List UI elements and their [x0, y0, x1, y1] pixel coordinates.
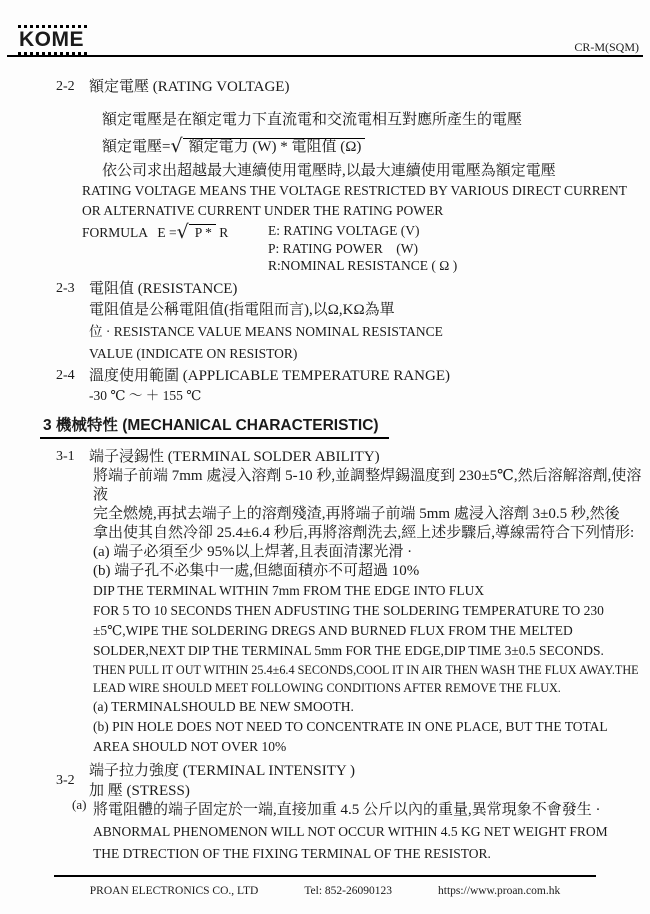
section-title-line: 加 壓 (STRESS) — [89, 781, 355, 801]
paragraph: THE DTRECTION OF THE FIXING TERMINAL OF … — [93, 844, 650, 864]
paragraph: 將電阻體的端子固定於一端,直接加重 4.5 公斤以內的重量,異常現象不會發生 · — [93, 801, 650, 820]
paragraph: (a) TERMINALSHOULD BE NEW SMOOTH. — [93, 697, 650, 717]
section-title: 端子拉力強度 (TERMINAL INTENSITY ) 加 壓 (STRESS… — [89, 761, 355, 801]
sqrt-radical-icon: √ — [177, 221, 189, 243]
footer-company: PROAN ELECTRONICS CO., LTD — [90, 884, 259, 898]
kome-logo: KOME — [18, 25, 87, 55]
formula-e-sqrt-pr: FORMULA E =√P * R — [82, 222, 268, 275]
paragraph: 拿出使其自然冷卻 25.4±6.4 秒后,再將溶劑洗去,經上述步驟后,導線需符合… — [93, 524, 650, 543]
paragraph: ±5℃,WIPE THE SOLDERING DREGS AND BURNED … — [93, 621, 650, 641]
paragraph: SOLDER,NEXT DIP THE TERMINAL 5mm FOR THE… — [93, 641, 650, 661]
footer-divider — [54, 875, 596, 877]
legend-line: P: RATING POWER (W) — [268, 240, 457, 258]
formula-suffix: R — [216, 225, 228, 240]
formula-radicand: P * — [189, 224, 216, 240]
section-3-heading-wrap: 3 機械特性 (MECHANICAL CHARACTERISTIC) — [40, 416, 650, 439]
section-title: 端子浸錫性 (TERMINAL SOLDER ABILITY) — [89, 447, 380, 467]
sqrt-radical-icon: √ — [170, 135, 182, 157]
paragraph: ABNORMAL PHENOMENON WILL NOT OCCUR WITHI… — [93, 822, 650, 842]
section-title: 額定電壓 (RATING VOLTAGE) — [89, 77, 289, 97]
section-title-line: 端子拉力強度 (TERMINAL INTENSITY ) — [89, 761, 355, 781]
formula-radicand: 額定電力 (W) * 電阻值 (Ω) — [183, 138, 366, 155]
paragraph: FOR 5 TO 10 SECONDS THEN ADFUSTING THE S… — [93, 601, 650, 621]
section-title: 溫度使用範圍 (APPLICABLE TEMPERATURE RANGE) — [89, 366, 450, 386]
formula-prefix: 額定電壓= — [102, 139, 170, 155]
paragraph: LEAD WIRE SHOULD MEET FOLLOWING CONDITIO… — [93, 679, 650, 697]
paragraph: (b) PIN HOLE DOES NOT NEED TO CONCENTRAT… — [93, 717, 650, 737]
formula-row: FORMULA E =√P * R E: RATING VOLTAGE (V) … — [82, 222, 650, 275]
footer-telephone: Tel: 852-26090123 — [304, 884, 392, 898]
doc-code-label: CR-M(SQM) — [574, 40, 639, 55]
section-title: 電阻值 (RESISTANCE) — [89, 279, 237, 299]
list-marker-a: (a) — [72, 797, 86, 813]
paragraph: 額定電壓是在額定電力下直流電和交流電相互對應所產生的電壓 — [102, 111, 650, 130]
section-number: 2-3 — [56, 279, 89, 299]
legend-line: R:NOMINAL RESISTANCE ( Ω ) — [268, 257, 457, 275]
section-2-2: 2-2 額定電壓 (RATING VOLTAGE) 額定電壓是在額定電力下直流電… — [0, 77, 650, 275]
section-2-3-heading: 2-3 電阻值 (RESISTANCE) — [0, 279, 650, 299]
paragraph: VALUE (INDICATE ON RESISTOR) — [89, 344, 650, 364]
section-number: 3-1 — [56, 447, 89, 467]
section-2-4: 2-4 溫度使用範圍 (APPLICABLE TEMPERATURE RANGE… — [0, 366, 650, 406]
page-header: KOME CR-M(SQM) — [7, 0, 643, 57]
paragraph: THEN PULL IT OUT WITHIN 25.4±6.4 SECONDS… — [93, 661, 650, 679]
paragraph: 電阻值是公稱電阻值(指電阻而言),以Ω,KΩ為單 — [89, 301, 650, 320]
section-2-3: 2-3 電阻值 (RESISTANCE) 電阻值是公稱電阻值(指電阻而言),以Ω… — [0, 279, 650, 364]
paragraph: 依公司求出超越最大連續使用電壓時,以最大連續使用電壓為額定電壓 — [102, 162, 650, 181]
paragraph: DIP THE TERMINAL WITHIN 7mm FROM THE EDG… — [93, 581, 650, 601]
paragraph: 完全燃燒,再拭去端子上的溶劑殘渣,再將端子前端 5mm 處浸入溶劑 3±0.5 … — [93, 505, 650, 524]
document-page: KOME CR-M(SQM) 2-2 額定電壓 (RATING VOLTAGE)… — [0, 0, 650, 914]
section-3-1-heading: 3-1 端子浸錫性 (TERMINAL SOLDER ABILITY) — [0, 447, 650, 467]
paragraph: RATING VOLTAGE MEANS THE VOLTAGE RESTRIC… — [82, 181, 650, 201]
paragraph: AREA SHOULD NOT OVER 10% — [93, 737, 650, 757]
page-footer: PROAN ELECTRONICS CO., LTD Tel: 852-2609… — [0, 875, 650, 898]
section-number: 3-2 — [56, 771, 89, 791]
paragraph: 位 · RESISTANCE VALUE MEANS NOMINAL RESIS… — [89, 322, 650, 342]
paragraph: OR ALTERNATIVE CURRENT UNDER THE RATING … — [82, 201, 650, 221]
rating-voltage-formula: 額定電壓=√額定電力 (W) * 電阻值 (Ω) — [102, 133, 650, 160]
formula-label: FORMULA E = — [82, 225, 177, 240]
section-number: 2-2 — [56, 77, 89, 97]
legend-line: E: RATING VOLTAGE (V) — [268, 222, 457, 240]
paragraph: (b) 端子孔不必集中一處,但總面積亦不可超過 10% — [93, 562, 650, 581]
section-3-2-heading: 3-2 端子拉力強度 (TERMINAL INTENSITY ) 加 壓 (ST… — [0, 761, 650, 801]
section-3-heading: 3 機械特性 (MECHANICAL CHARACTERISTIC) — [40, 416, 389, 439]
formula-legend: E: RATING VOLTAGE (V) P: RATING POWER (W… — [268, 222, 457, 275]
footer-website-url: https://www.proan.com.hk — [438, 884, 560, 898]
section-2-2-heading: 2-2 額定電壓 (RATING VOLTAGE) — [0, 77, 650, 97]
section-3-1: 3-1 端子浸錫性 (TERMINAL SOLDER ABILITY) 將端子前… — [0, 447, 650, 757]
paragraph: (a) 端子必須至少 95%以上焊著,且表面清潔光滑 · — [93, 543, 650, 562]
temperature-range-value: -30 ℃ ～ ＋ 155 ℃ — [89, 386, 650, 406]
paragraph: 將端子前端 7mm 處浸入溶劑 5-10 秒,並調整焊錫溫度到 230±5℃,然… — [93, 467, 650, 505]
section-3-2: 3-2 端子拉力強度 (TERMINAL INTENSITY ) 加 壓 (ST… — [0, 761, 650, 864]
section-number: 2-4 — [56, 366, 89, 386]
footer-text-row: PROAN ELECTRONICS CO., LTD Tel: 852-2609… — [0, 884, 650, 898]
section-2-4-heading: 2-4 溫度使用範圍 (APPLICABLE TEMPERATURE RANGE… — [0, 366, 650, 386]
